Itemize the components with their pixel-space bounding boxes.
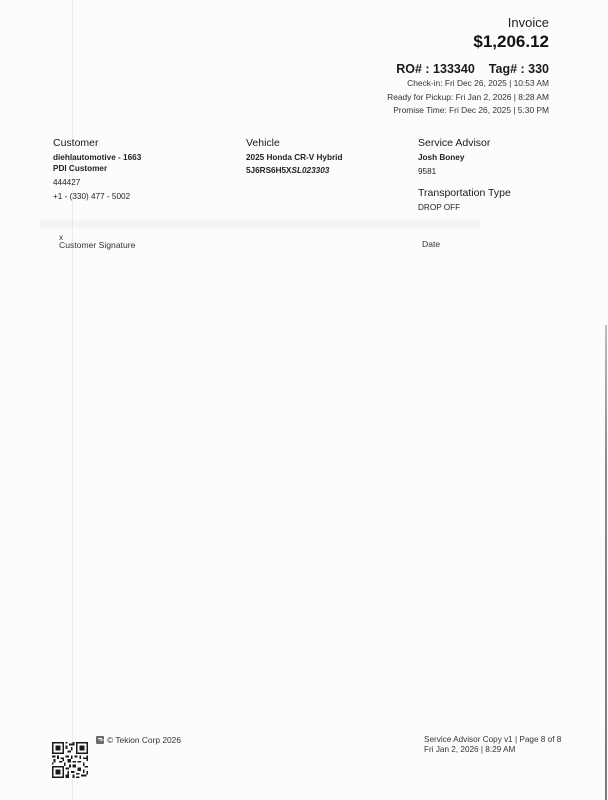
tekion-logo-icon: [96, 736, 104, 744]
customer-name: PDI Customer: [53, 163, 141, 174]
scan-artifact-line: [72, 0, 73, 800]
ro-tag-line: RO# : 133340Tag# : 330: [387, 62, 549, 77]
vehicle-section: Vehicle 2025 Honda CR-V Hybrid 5J6RS6H5X…: [246, 137, 342, 176]
ro-number: RO# : 133340: [396, 62, 475, 76]
check-in-time: Check-in: Fri Dec 26, 2025 | 10:53 AM: [387, 77, 549, 91]
signature-date-label: Date: [422, 239, 440, 250]
vin-suffix: SL023303: [292, 166, 330, 175]
promise-time: Promise Time: Fri Dec 26, 2025 | 5:30 PM: [387, 104, 549, 118]
qr-code-icon: [52, 742, 88, 778]
invoice-title: Invoice: [387, 15, 549, 30]
customer-phone: +1 - (330) 477 - 5002: [53, 191, 141, 202]
transportation-heading: Transportation Type: [418, 187, 511, 199]
ready-for-pickup-time: Ready for Pickup: Fri Jan 2, 2026 | 8:28…: [387, 91, 549, 105]
service-advisor-section: Service Advisor Josh Boney 9581 Transpor…: [418, 137, 511, 213]
copyright-text: © Tekion Corp 2026: [107, 735, 181, 745]
copyright-notice: © Tekion Corp 2026: [96, 735, 181, 745]
customer-signature-label: Customer Signature: [59, 240, 135, 251]
service-advisor-name: Josh Boney: [418, 152, 511, 163]
footer-copy-info: Service Advisor Copy v1 | Page 8 of 8 Fr…: [424, 735, 561, 755]
transportation-type: DROP OFF: [418, 202, 511, 213]
service-advisor-id: 9581: [418, 166, 511, 177]
invoice-page: Invoice $1,206.12 RO# : 133340Tag# : 330…: [0, 0, 608, 800]
scan-artifact-band: [40, 218, 480, 230]
vehicle-description: 2025 Honda CR-V Hybrid: [246, 152, 342, 163]
vin-prefix: 5J6RS6H5X: [246, 166, 292, 175]
invoice-header: Invoice $1,206.12 RO# : 133340Tag# : 330…: [387, 15, 549, 118]
service-advisor-heading: Service Advisor: [418, 137, 511, 149]
copy-page-info: Service Advisor Copy v1 | Page 8 of 8: [424, 735, 561, 745]
printed-timestamp: Fri Jan 2, 2026 | 8:29 AM: [424, 745, 561, 755]
customer-id: 444427: [53, 177, 141, 188]
page-edge: [605, 325, 607, 800]
vehicle-heading: Vehicle: [246, 137, 342, 149]
customer-heading: Customer: [53, 137, 141, 149]
vehicle-vin: 5J6RS6H5XSL023303: [246, 165, 342, 176]
customer-section: Customer diehlautomotive - 1663 PDI Cust…: [53, 137, 141, 202]
invoice-total: $1,206.12: [387, 32, 549, 52]
tag-number: Tag# : 330: [489, 62, 549, 76]
customer-account: diehlautomotive - 1663: [53, 152, 141, 163]
